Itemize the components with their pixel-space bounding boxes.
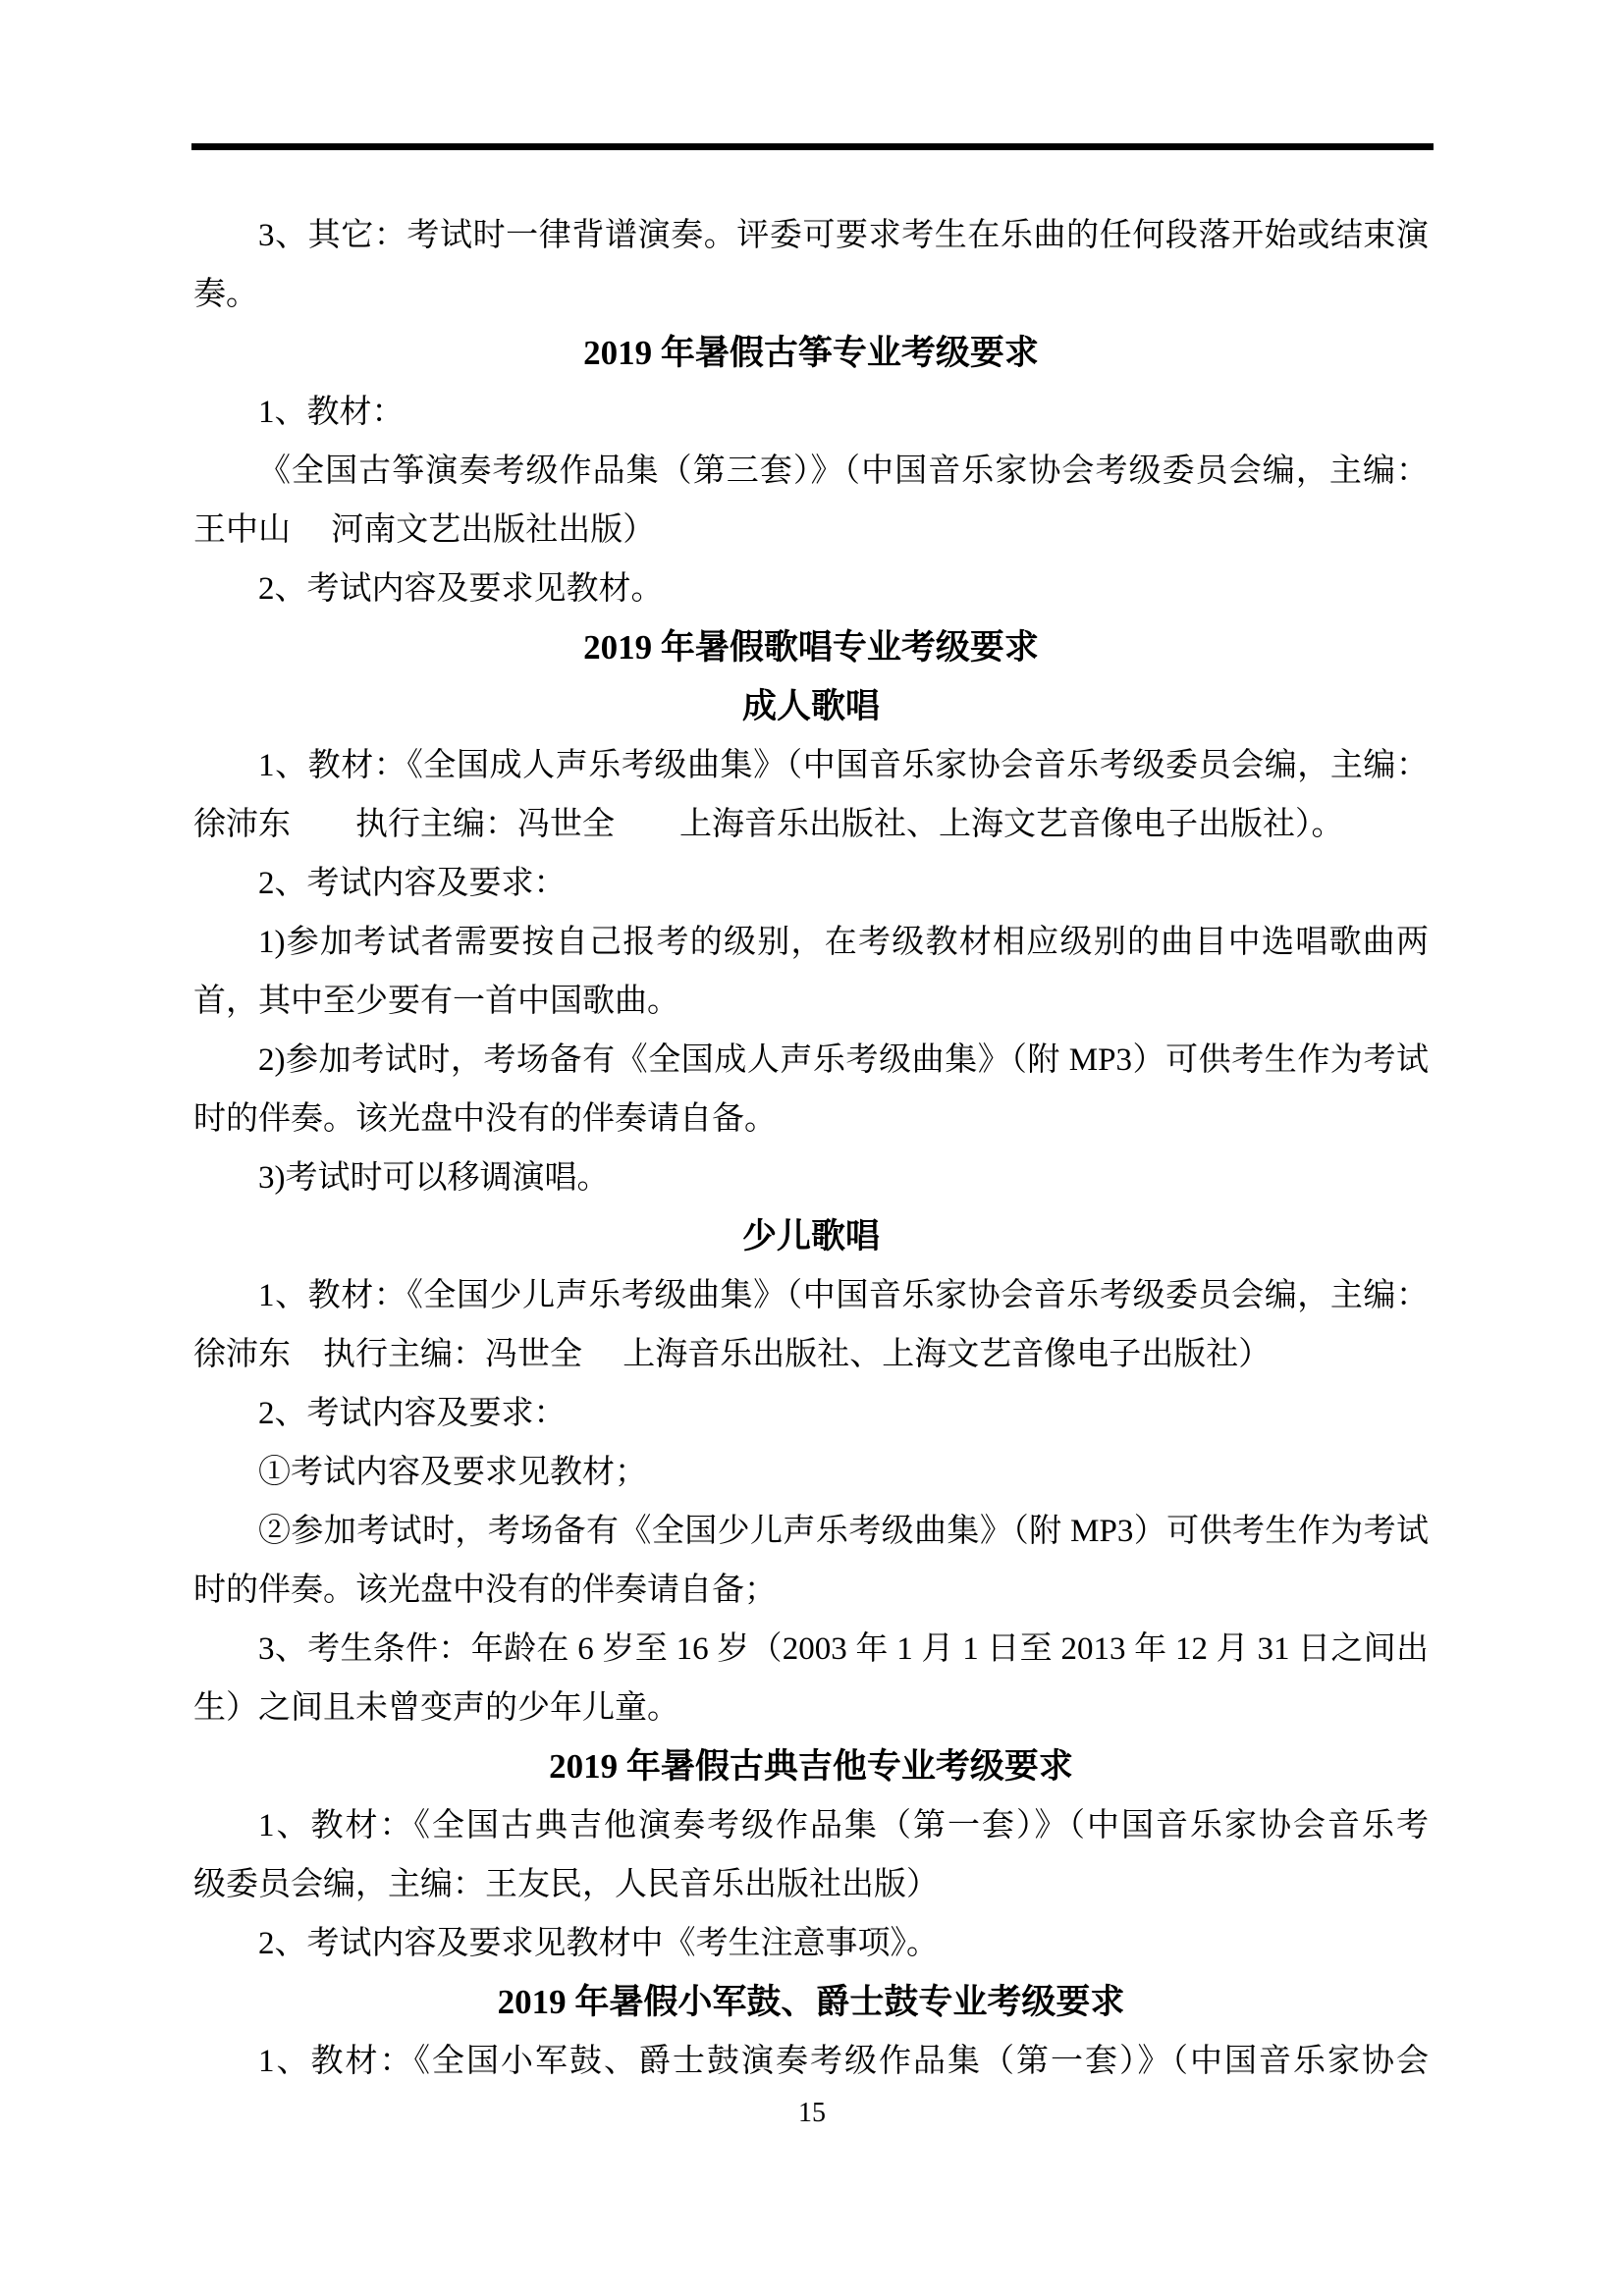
text-line: 徐沛东 执行主编：冯世全 上海音乐出版社、上海文艺音像电子出版社）。 <box>193 795 1429 854</box>
text-line: 2、考试内容及要求： <box>193 1384 1429 1443</box>
text-line: 2)参加考试时，考场备有《全国成人声乐考级曲集》（附 MP3）可供考生作为考试 <box>193 1031 1429 1090</box>
heading-line: 少儿歌唱 <box>193 1207 1429 1266</box>
text-line: 2、考试内容及要求见教材中《考生注意事项》。 <box>193 1914 1429 1973</box>
heading-line: 2019 年暑假古典吉他专业考级要求 <box>193 1737 1429 1796</box>
heading-line: 2019 年暑假小军鼓、爵士鼓专业考级要求 <box>193 1973 1429 2032</box>
text-line: 2、考试内容及要求： <box>193 854 1429 913</box>
text-line: ①考试内容及要求见教材； <box>193 1443 1429 1502</box>
page-number: 15 <box>0 2097 1624 2130</box>
text-line: 1、教材： <box>193 383 1429 442</box>
text-line: 时的伴奏。该光盘中没有的伴奏请自备。 <box>193 1090 1429 1148</box>
text-line: 3、考生条件：年龄在 6 岁至 16 岁（2003 年 1 月 1 日至 201… <box>193 1620 1429 1679</box>
document-page: 3、其它：考试时一律背谱演奏。评委可要求考生在乐曲的任何段落开始或结束演奏。20… <box>0 0 1624 2296</box>
text-line: 1、教材：《全国成人声乐考级曲集》（中国音乐家协会音乐考级委员会编，主编： <box>193 736 1429 795</box>
heading-line: 2019 年暑假古筝专业考级要求 <box>193 324 1429 383</box>
text-line: 王中山 河南文艺出版社出版） <box>193 501 1429 560</box>
text-line: 级委员会编，主编：王友民，人民音乐出版社出版） <box>193 1855 1429 1914</box>
heading-line: 2019 年暑假歌唱专业考级要求 <box>193 618 1429 677</box>
text-line: 1、教材：《全国少儿声乐考级曲集》（中国音乐家协会音乐考级委员会编，主编： <box>193 1266 1429 1325</box>
text-line: 徐沛东 执行主编：冯世全 上海音乐出版社、上海文艺音像电子出版社） <box>193 1325 1429 1384</box>
text-line: 3、其它：考试时一律背谱演奏。评委可要求考生在乐曲的任何段落开始或结束演 <box>193 206 1429 265</box>
text-line: 1)参加考试者需要按自己报考的级别，在考级教材相应级别的曲目中选唱歌曲两 <box>193 913 1429 972</box>
heading-line: 成人歌唱 <box>193 677 1429 736</box>
text-line: 时的伴奏。该光盘中没有的伴奏请自备； <box>193 1561 1429 1620</box>
text-line: 生）之间且未曾变声的少年儿童。 <box>193 1679 1429 1737</box>
text-line: 1、教材：《全国古典吉他演奏考级作品集（第一套）》（中国音乐家协会音乐考 <box>193 1796 1429 1855</box>
text-line: 首，其中至少要有一首中国歌曲。 <box>193 972 1429 1031</box>
header-rule <box>191 143 1434 150</box>
text-line: 奏。 <box>193 265 1429 324</box>
text-line: 3)考试时可以移调演唱。 <box>193 1148 1429 1207</box>
text-line: 1、教材：《全国小军鼓、爵士鼓演奏考级作品集（第一套）》（中国音乐家协会 <box>193 2032 1429 2091</box>
text-line: ②参加考试时，考场备有《全国少儿声乐考级曲集》（附 MP3）可供考生作为考试 <box>193 1502 1429 1561</box>
text-line: 《全国古筝演奏考级作品集（第三套）》（中国音乐家协会考级委员会编，主编： <box>193 442 1429 501</box>
document-body: 3、其它：考试时一律背谱演奏。评委可要求考生在乐曲的任何段落开始或结束演奏。20… <box>193 206 1429 2091</box>
text-line: 2、考试内容及要求见教材。 <box>193 560 1429 618</box>
